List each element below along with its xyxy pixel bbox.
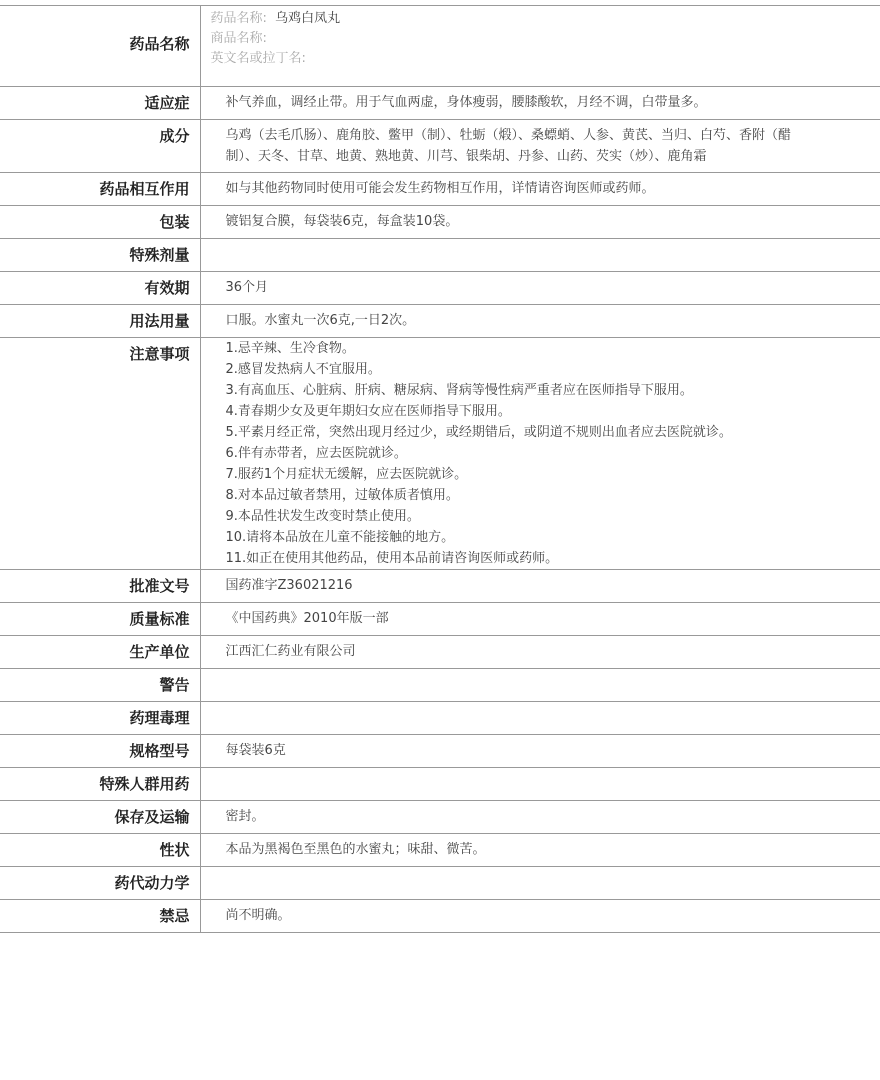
row-shelf-life: 有效期 36个月 — [0, 272, 880, 305]
value-special-populations — [200, 768, 880, 801]
generic-name-line: 药品名称: 乌鸡白凤丸 — [211, 9, 880, 29]
label-special-dosage: 特殊剂量 — [0, 239, 200, 272]
label-manufacturer: 生产单位 — [0, 636, 200, 669]
row-approval-number: 批准文号 国药准字Z36021216 — [0, 570, 880, 603]
row-description: 性状 本品为黑褐色至黑色的水蜜丸；味甜、微苦。 — [0, 834, 880, 867]
label-storage-transport: 保存及运输 — [0, 801, 200, 834]
row-indications: 适应症 补气养血，调经止带。用于气血两虚，身体瘦弱，腰膝酸软，月经不调，白带量多… — [0, 87, 880, 120]
precaution-item: 9.本品性状发生改变时禁止使用。 — [226, 506, 880, 527]
precaution-item: 7.服药1个月症状无缓解，应去医院就诊。 — [226, 464, 880, 485]
precaution-item: 4.青春期少女及更年期妇女应在医师指导下服用。 — [226, 401, 880, 422]
label-pharmacokinetics: 药代动力学 — [0, 867, 200, 900]
row-special-populations: 特殊人群用药 — [0, 768, 880, 801]
label-interactions: 药品相互作用 — [0, 173, 200, 206]
english-name-key: 英文名或拉丁名: — [211, 51, 306, 66]
precaution-item: 11.如正在使用其他药品，使用本品前请咨询医师或药师。 — [226, 548, 880, 569]
trade-name-key: 商品名称: — [211, 31, 267, 46]
row-drug-name: 药品名称 药品名称: 乌鸡白凤丸 商品名称: 英文名或拉丁名: — [0, 6, 880, 87]
value-quality-standard: 《中国药典》2010年版一部 — [200, 603, 880, 636]
label-ingredients: 成分 — [0, 120, 200, 173]
precaution-item: 2.感冒发热病人不宜服用。 — [226, 359, 880, 380]
generic-name-value: 乌鸡白凤丸 — [275, 11, 340, 26]
value-contraindications: 尚不明确。 — [200, 900, 880, 933]
value-approval-number: 国药准字Z36021216 — [200, 570, 880, 603]
label-precautions: 注意事项 — [0, 338, 200, 570]
value-packaging: 镀铝复合膜，每袋装6克，每盒装10袋。 — [200, 206, 880, 239]
value-pharmacokinetics — [200, 867, 880, 900]
row-special-dosage: 特殊剂量 — [0, 239, 880, 272]
value-pharmacology-toxicology — [200, 702, 880, 735]
precaution-item: 1.忌辛辣、生冷食物。 — [226, 338, 880, 359]
label-drug-name: 药品名称 — [0, 6, 200, 87]
label-contraindications: 禁忌 — [0, 900, 200, 933]
row-specification: 规格型号 每袋装6克 — [0, 735, 880, 768]
label-packaging: 包装 — [0, 206, 200, 239]
row-pharmacology-toxicology: 药理毒理 — [0, 702, 880, 735]
row-contraindications: 禁忌 尚不明确。 — [0, 900, 880, 933]
value-ingredients: 乌鸡（去毛爪肠）、鹿角胶、鳖甲（制）、牡蛎（煅）、桑螵蛸、人参、黄芪、当归、白芍… — [200, 120, 880, 173]
label-warning: 警告 — [0, 669, 200, 702]
generic-name-key: 药品名称: — [211, 11, 267, 26]
row-precautions: 注意事项 1.忌辛辣、生冷食物。 2.感冒发热病人不宜服用。 3.有高血压、心脏… — [0, 338, 880, 570]
value-manufacturer: 江西汇仁药业有限公司 — [200, 636, 880, 669]
label-quality-standard: 质量标准 — [0, 603, 200, 636]
label-approval-number: 批准文号 — [0, 570, 200, 603]
value-indications: 补气养血，调经止带。用于气血两虚，身体瘦弱，腰膝酸软，月经不调，白带量多。 — [200, 87, 880, 120]
trade-name-line: 商品名称: — [211, 29, 880, 49]
label-shelf-life: 有效期 — [0, 272, 200, 305]
value-warning — [200, 669, 880, 702]
row-usage-dosage: 用法用量 口服。水蜜丸一次6克,一日2次。 — [0, 305, 880, 338]
drug-spec-table: 药品名称 药品名称: 乌鸡白凤丸 商品名称: 英文名或拉丁名: 适应症 补气养血… — [0, 5, 880, 933]
precaution-item: 5.平素月经正常，突然出现月经过少，或经期错后，或阴道不规则出血者应去医院就诊。 — [226, 422, 880, 443]
precaution-item: 8.对本品过敏者禁用，过敏体质者慎用。 — [226, 485, 880, 506]
row-quality-standard: 质量标准 《中国药典》2010年版一部 — [0, 603, 880, 636]
value-usage-dosage: 口服。水蜜丸一次6克,一日2次。 — [200, 305, 880, 338]
english-name-line: 英文名或拉丁名: — [211, 49, 880, 69]
row-pharmacokinetics: 药代动力学 — [0, 867, 880, 900]
value-shelf-life: 36个月 — [200, 272, 880, 305]
label-pharmacology-toxicology: 药理毒理 — [0, 702, 200, 735]
precaution-item: 6.伴有赤带者，应去医院就诊。 — [226, 443, 880, 464]
precaution-item: 3.有高血压、心脏病、肝病、糖尿病、肾病等慢性病严重者应在医师指导下服用。 — [226, 380, 880, 401]
value-precautions: 1.忌辛辣、生冷食物。 2.感冒发热病人不宜服用。 3.有高血压、心脏病、肝病、… — [200, 338, 880, 570]
value-special-dosage — [200, 239, 880, 272]
label-special-populations: 特殊人群用药 — [0, 768, 200, 801]
label-usage-dosage: 用法用量 — [0, 305, 200, 338]
value-drug-name: 药品名称: 乌鸡白凤丸 商品名称: 英文名或拉丁名: — [200, 6, 880, 87]
precaution-item: 10.请将本品放在儿童不能接触的地方。 — [226, 527, 880, 548]
row-storage-transport: 保存及运输 密封。 — [0, 801, 880, 834]
label-description: 性状 — [0, 834, 200, 867]
row-packaging: 包装 镀铝复合膜，每袋装6克，每盒装10袋。 — [0, 206, 880, 239]
value-specification: 每袋装6克 — [200, 735, 880, 768]
row-interactions: 药品相互作用 如与其他药物同时使用可能会发生药物相互作用，详情请咨询医师或药师。 — [0, 173, 880, 206]
row-manufacturer: 生产单位 江西汇仁药业有限公司 — [0, 636, 880, 669]
precautions-list: 1.忌辛辣、生冷食物。 2.感冒发热病人不宜服用。 3.有高血压、心脏病、肝病、… — [226, 338, 880, 569]
value-interactions: 如与其他药物同时使用可能会发生药物相互作用，详情请咨询医师或药师。 — [200, 173, 880, 206]
label-indications: 适应症 — [0, 87, 200, 120]
value-description: 本品为黑褐色至黑色的水蜜丸；味甜、微苦。 — [200, 834, 880, 867]
value-storage-transport: 密封。 — [200, 801, 880, 834]
row-warning: 警告 — [0, 669, 880, 702]
row-ingredients: 成分 乌鸡（去毛爪肠）、鹿角胶、鳖甲（制）、牡蛎（煅）、桑螵蛸、人参、黄芪、当归… — [0, 120, 880, 173]
label-specification: 规格型号 — [0, 735, 200, 768]
